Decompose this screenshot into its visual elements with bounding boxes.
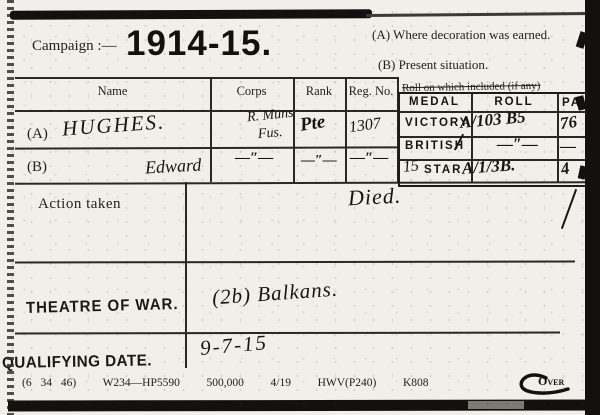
star-roll-value: A/1/3B. [461,155,516,179]
top-border-thick [10,9,372,20]
over-label: Over [538,374,564,389]
medal-row-star-prefix: 15 [402,157,420,177]
col-header-rank: Rank [293,84,345,99]
british-page-ditto: — [560,138,576,156]
line-h-top [15,77,397,79]
row-b-forename: Edward [144,155,201,179]
line-h-theatre-bottom [15,332,560,335]
row-a-corps-line2: Fus. [257,125,283,143]
theatre-of-war-label: THEATRE OF WAR. [26,296,179,318]
victory-page-value: 76 [559,112,579,134]
qualifying-date-value: 9-7-15 [199,330,269,361]
action-taken-value: Died. [347,183,402,212]
qualifying-date-label: QUALIFYING DATE. [2,352,152,373]
campaign-value: 1914-15. [126,24,272,64]
medal-index-card: Campaign :— 1914-15. (A) Where decoratio… [0,0,600,415]
top-border-thin [366,12,592,16]
col-header-name: Name [15,84,210,99]
footer-print-code: (6 34 46) W234—HP5590 500,000 4/19 HWV(P… [22,377,429,389]
col-header-reg-no: Reg. No. [345,84,397,99]
line-h-action-bottom [15,261,575,264]
roll-col-header: ROLL [471,96,557,108]
row-a-label: (A) [27,126,48,143]
row-b-label: (B) [27,159,47,176]
medal-col-header: MEDAL [398,96,471,108]
theatre-of-war-value: (2b) Balkans. [211,277,339,311]
campaign-label: Campaign :— [32,38,117,55]
bottom-border-gap [468,401,524,409]
row-b-reg-ditto: —″— [350,150,388,167]
col-header-corps: Corps [210,84,293,99]
pen-stroke-below-table [561,189,577,229]
over-mark: Over [516,372,572,400]
row-b-rank-ditto: —″— [301,153,337,169]
note-present-situation: (B) Present situation. [378,57,488,73]
british-roll-ditto: —″— [497,136,538,154]
action-taken-label: Action taken [38,196,121,213]
roll-included-struck-header: Roll on which included (if any) [402,80,541,94]
line-v-mid [185,182,187,368]
line-h-row-a [15,146,397,149]
left-binding-edge [7,0,14,415]
row-a-rank: Pte [298,111,326,137]
right-border-band [585,0,600,415]
row-a-corps-line1: R. Muns [246,106,294,127]
row-a-surname: HUGHES. [61,109,166,141]
row-a-reg-no: 1307 [348,115,382,137]
note-where-earned: (A) Where decoration was earned. [372,27,550,43]
line-h-header [15,110,397,112]
medal-row-star: STAR [424,164,462,176]
row-b-corps-ditto: —″— [235,150,273,167]
